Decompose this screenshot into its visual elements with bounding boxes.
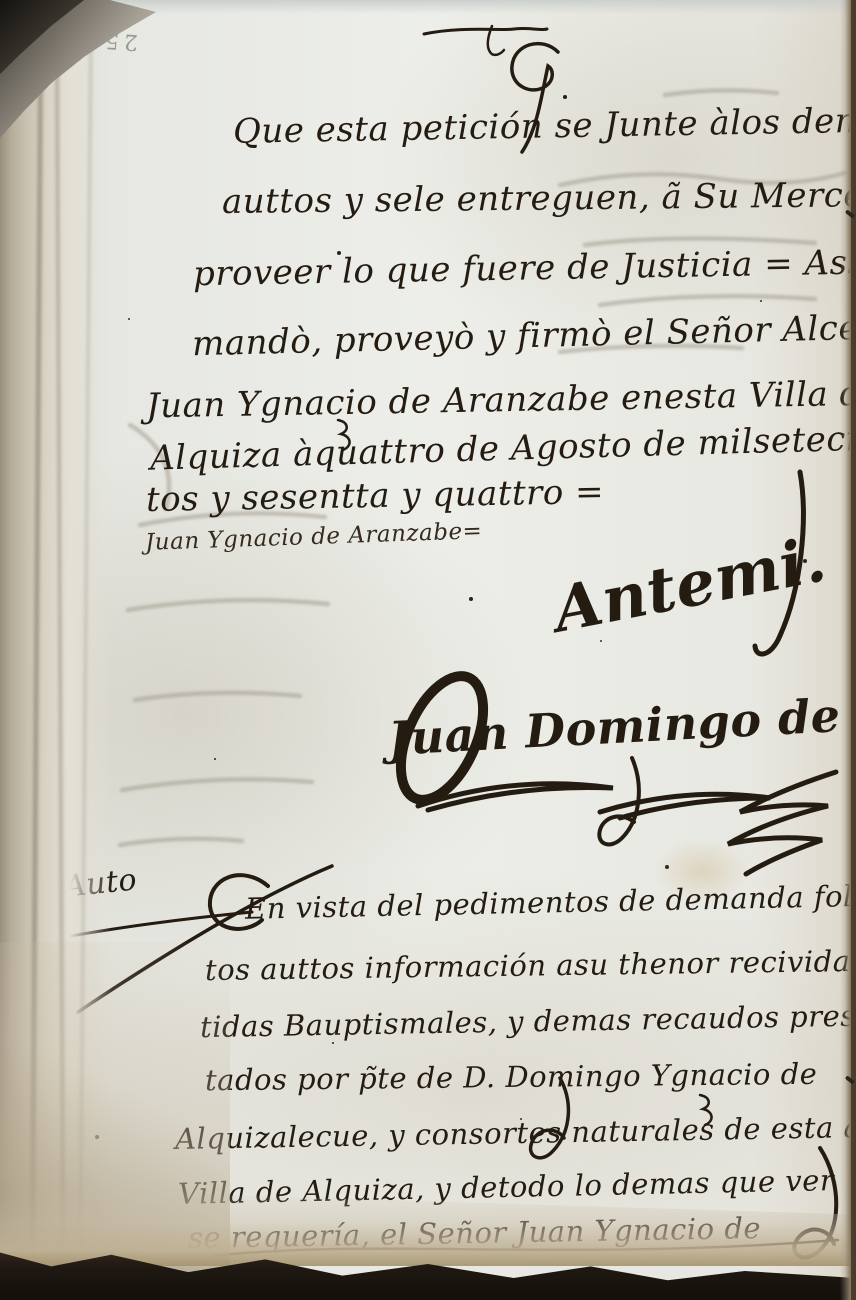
- bleedthrough-text: [600, 296, 815, 305]
- book-binding-gutter: [0, 0, 112, 1300]
- manuscript-line: tos auttos información asu thenor recivi…: [205, 943, 856, 987]
- auto-underline: [50, 912, 252, 940]
- bleedthrough-text: [135, 693, 300, 700]
- manuscript-scan-page: 25 Que esta petición se Junte àlos demas…: [0, 0, 856, 1300]
- ante-mi-signature: Antemi.: [548, 522, 832, 646]
- manuscript-line: se requería, el Señor Juan Ygnacio de: [188, 1211, 762, 1255]
- manuscript-line: tados por p̃te de D. Domingo Ygnacio de: [205, 1057, 818, 1097]
- bleedthrough-text: [120, 839, 242, 845]
- folio-number: 25: [99, 27, 139, 55]
- manuscript-line: En vista del pedimentos de demanda folio…: [245, 876, 856, 926]
- binding-crease: [55, 0, 66, 1300]
- binding-stitch-mark: [845, 1075, 855, 1084]
- manuscript-line: Juan Ygnacio de Aranzabe enesta Villa de: [146, 374, 856, 427]
- manuscript-line: tos y sesentta y quattro =: [146, 472, 605, 520]
- dash-cross-mark-icon: [488, 26, 504, 55]
- dash-cross-mark-icon: [424, 28, 547, 34]
- bleedthrough-text: [665, 90, 777, 95]
- judge-signature: Juan Ygnacio de Aranzabe=: [145, 518, 483, 556]
- signature-rubric-icon: [600, 794, 770, 818]
- ink-specks: [0, 0, 2, 2]
- manuscript-line: tidas Bauptismales, y demas recaudos pre…: [200, 998, 856, 1044]
- manuscript-line: proveer lo que fuere de Justicia = Assil…: [193, 242, 856, 294]
- margin-note-auto: Auto: [62, 862, 138, 904]
- bleedthrough-text: [128, 600, 328, 610]
- manuscript-line: Alquizalecue, y consortes naturales de e…: [175, 1110, 856, 1156]
- manuscript-line: Alquiza àquattro de Agosto de milsetecie…: [150, 417, 856, 478]
- manuscript-line: auttos y sele entreguen, ã Su Merced par…: [222, 174, 856, 222]
- binding-crease: [78, 0, 92, 1300]
- manuscript-line: mandò, proveyò y firmò el Señor Alce.: [192, 308, 856, 365]
- torn-corner: [0, 0, 200, 150]
- page-top-edge: [0, 0, 856, 14]
- notary-signature: Juan Domingo de Elola: [387, 680, 856, 765]
- signature-descender-loop: [599, 758, 639, 844]
- binding-crease: [29, 0, 43, 1300]
- manuscript-line: Que esta petición se Junte àlos demas: [233, 100, 856, 152]
- manuscript-line: Villa de Alquiza, y detodo lo demas que …: [178, 1163, 835, 1211]
- signature-rubric-icon: [418, 784, 613, 810]
- bleedthrough-text: [122, 779, 312, 790]
- signature-feather-rubric: [728, 772, 836, 874]
